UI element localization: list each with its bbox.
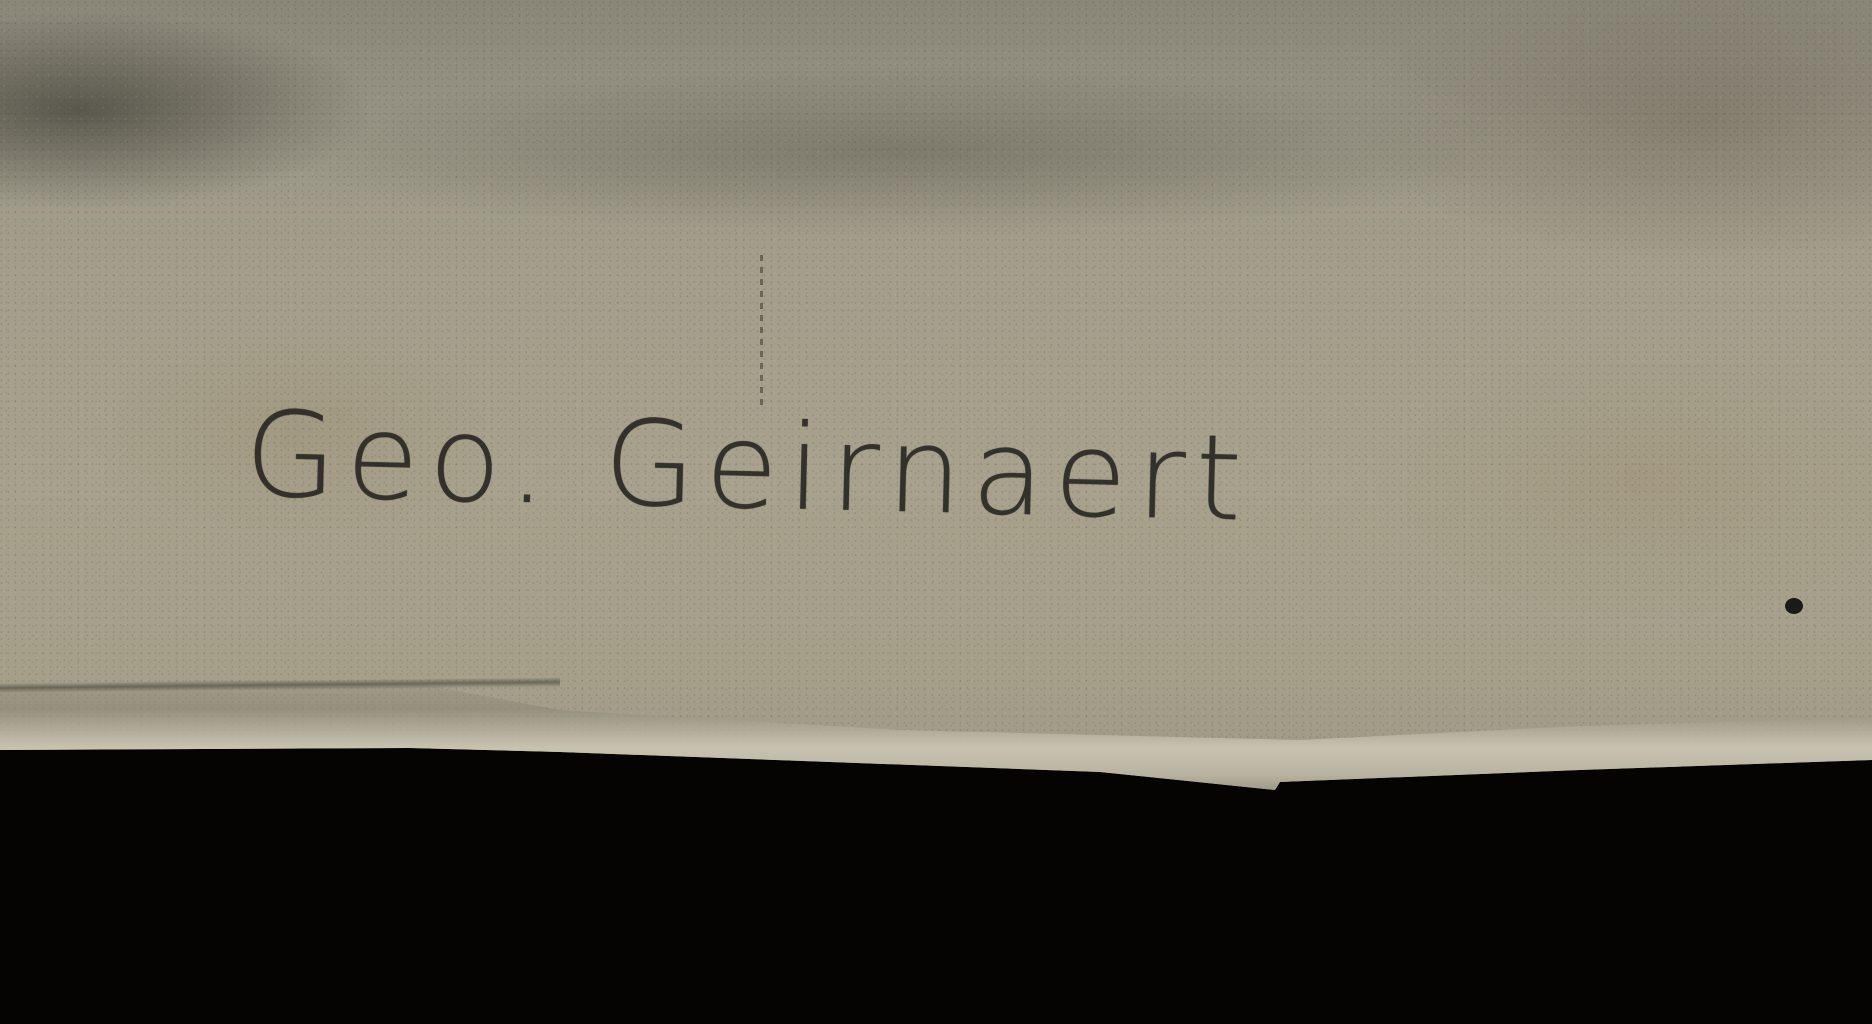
black-background (0, 760, 1872, 1024)
dashed-pencil-mark (760, 255, 763, 405)
photo-scene: Geo. Geirnaert (0, 0, 1872, 1024)
ink-dot (1785, 598, 1803, 614)
pencil-signature: Geo. Geirnaert (243, 385, 1253, 548)
